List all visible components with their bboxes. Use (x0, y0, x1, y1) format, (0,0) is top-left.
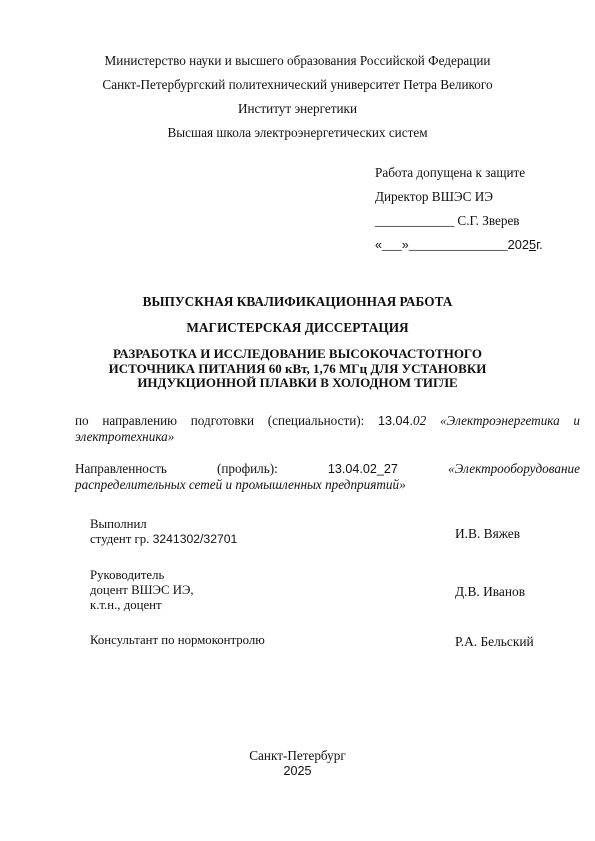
signature-name-normcontrol: Р.А. Бельский (455, 634, 534, 650)
institute-line: Институт энергетики (0, 101, 595, 117)
date-year-prefix: 202 (508, 237, 529, 252)
profile-name-rest: распределительных сетей и промышленных п… (75, 477, 580, 493)
role-line: Консультант по нормоконтролю (90, 633, 265, 648)
direction-code-suffix: 02 (413, 413, 426, 428)
profile-label-word: Направленность (75, 461, 167, 477)
profile-label-paren: (профиль): (217, 461, 278, 477)
signature-name-supervisor: Д.В. Иванов (455, 584, 525, 600)
date-close-quote: » (402, 238, 409, 252)
direction-label: по направлению подготовки (специальности… (75, 413, 364, 428)
date-suffix: г. (536, 237, 543, 252)
signature-role-supervisor: Руководитель доцент ВШЭС ИЭ, к.т.н., доц… (90, 568, 194, 613)
role-line: студент гр. 3241302/32701 (90, 532, 237, 547)
direction-paragraph: по направлению подготовки (специальности… (75, 413, 580, 445)
footer-city: Санкт-Петербург (0, 748, 595, 764)
director-name: С.Г. Зверев (457, 213, 519, 228)
school-line: Высшая школа электроэнергетических систе… (0, 125, 595, 141)
role-line: к.т.н., доцент (90, 598, 194, 613)
signature-role-student: Выполнил студент гр. 3241302/32701 (90, 517, 237, 547)
role-line: Выполнил (90, 517, 237, 532)
approval-date-line: «___»_______________2025г. (375, 237, 543, 253)
director-signature-line: ____________ С.Г. Зверев (375, 213, 520, 229)
signature-role-normcontrol: Консультант по нормоконтролю (90, 633, 265, 648)
role-line: Руководитель (90, 568, 194, 583)
profile-name-first: «Электрооборудование (448, 461, 580, 477)
date-day-blank: ___ (382, 237, 402, 252)
date-year-last: 5 (529, 237, 536, 252)
footer-year: 2025 (0, 764, 595, 779)
degree-title: МАГИСТЕРСКАЯ ДИССЕРТАЦИЯ (0, 320, 595, 336)
director-title: Директор ВШЭС ИЭ (375, 189, 493, 205)
date-month-blank: _______________ (409, 237, 508, 252)
signature-name-student: И.В. Вяжев (455, 526, 520, 542)
direction-code-prefix: 13.04. (378, 414, 413, 428)
ministry-line: Министерство науки и высшего образования… (0, 53, 595, 69)
work-type-title: ВЫПУСКНАЯ КВАЛИФИКАЦИОННАЯ РАБОТА (0, 294, 595, 310)
thesis-topic: РАЗРАБОТКА И ИССЛЕДОВАНИЕ ВЫСОКОЧАСТОТНО… (70, 347, 525, 391)
signature-blank: ____________ (375, 213, 454, 228)
role-line: доцент ВШЭС ИЭ, (90, 583, 194, 598)
profile-paragraph: Направленность (профиль): 13.04.02_27 «Э… (75, 461, 580, 493)
approval-line: Работа допущена к защите (375, 165, 525, 181)
date-open-quote: « (375, 238, 382, 252)
university-line: Санкт-Петербургский политехнический унив… (0, 77, 595, 93)
date-year: 2025г. (508, 237, 543, 252)
profile-code: 13.04.02_27 (328, 461, 398, 477)
